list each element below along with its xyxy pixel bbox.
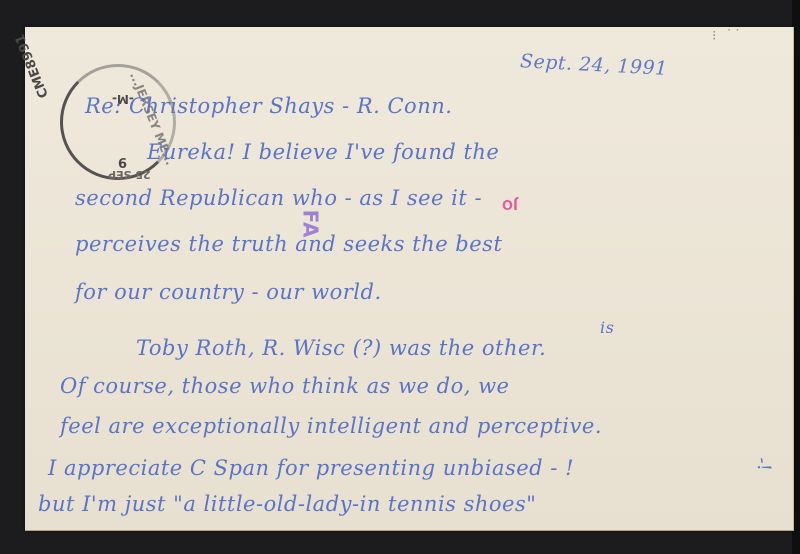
postmark-date: 25 SEP bbox=[108, 168, 151, 181]
letter-line: perceives the truth and seeks the best bbox=[75, 232, 502, 256]
letter-insertion: is bbox=[600, 318, 614, 337]
postmark-year: 9 bbox=[118, 154, 127, 169]
corner-smudge: ⁝ ˙˙ bbox=[712, 28, 742, 44]
purple-stamp: FA bbox=[298, 210, 322, 239]
letter-line: Toby Roth, R. Wisc (?) was the other. bbox=[136, 336, 546, 360]
letter-line: I appreciate C Span for presenting unbia… bbox=[48, 456, 574, 480]
letter-line: but I'm just "a little-old-lady-in tenni… bbox=[38, 492, 536, 516]
pink-stamp: JO bbox=[502, 196, 518, 211]
letter-line: Of course, those who think as we do, we bbox=[60, 374, 510, 398]
letter-subject: Re: Christopher Shays - R. Conn. bbox=[85, 94, 452, 118]
letter-line: second Republican who - as I see it - bbox=[75, 186, 482, 210]
letter-line: feel are exceptionally intelligent and p… bbox=[60, 414, 602, 438]
letter-line: Eureka! I believe I've found the bbox=[147, 140, 499, 164]
letter-line: for our country - our world. bbox=[75, 280, 382, 304]
